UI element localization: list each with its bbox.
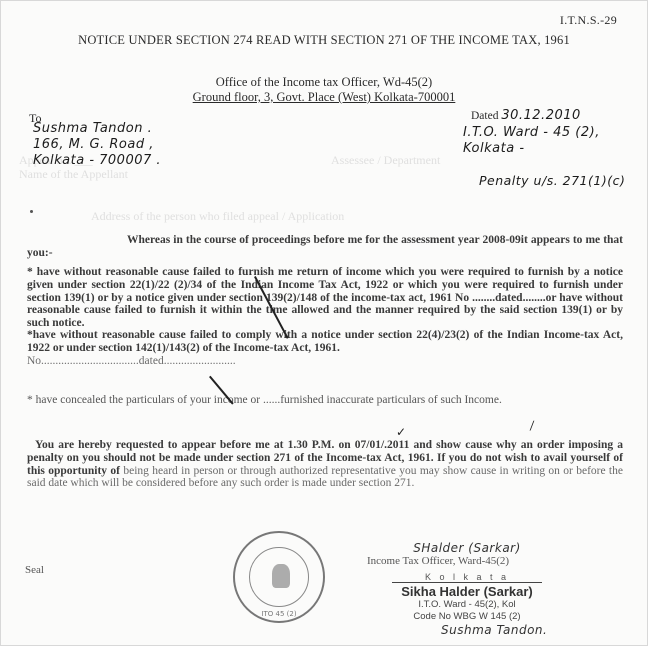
addressee-line1: 166, M. G. Road , [33,137,161,153]
dot-mark [30,210,33,213]
officer-signature-block: SHalder (Sarkar) Income Tax Officer, War… [367,541,567,623]
paragraph-hearing-request: You are hereby requested to appear befor… [27,439,623,490]
paragraph-failure-to-comply: *have without reasonable cause failed to… [27,329,623,367]
addressee-line2: Kolkata - 700007 . [33,153,161,169]
tick-stroke-icon: ⁄ [530,419,534,433]
stamp-inner-ring [249,547,309,607]
issuing-office-line2: Kolkata - [463,141,600,157]
ghost-text: Assessee / Department [331,153,440,168]
addressee-name: Sushma Tandon . [33,121,161,137]
paragraph-concealment: * have concealed the particulars of your… [27,394,623,407]
ghost-text: Name of the Appellant [19,167,128,182]
paragraph-failure-to-furnish: * have without reasonable cause failed t… [27,266,623,330]
whereas-text: Whereas in the course of proceedings bef… [127,234,479,246]
dated-label: Dated [471,110,498,122]
assessment-year: 2008-09 [482,234,520,246]
emblem-icon [272,564,290,588]
dated-value: 30.12.2010 [501,108,580,123]
seal-label: Seal [25,564,44,576]
notice-title: NOTICE UNDER SECTION 274 READ WITH SECTI… [31,33,617,48]
issuing-office: I.T.O. Ward - 45 (2), Kolkata - [463,125,600,157]
officer-city: K o l k a t a [392,572,542,583]
notice-page: Appeal no. ___ Name of the Appellant Ass… [0,0,648,646]
officer-ward: I.T.O. Ward - 45(2), Kol [367,599,567,611]
ghost-text: Address of the person who filed appeal /… [91,209,344,224]
stamp-text: ITO 45 (2) [235,610,323,618]
para2-no-line: No..................................date… [27,355,623,368]
officer-handwritten-signature: SHalder (Sarkar) [367,541,567,555]
issuing-office-line1: I.T.O. Ward - 45 (2), [463,125,600,141]
office-address: Ground floor, 3, Govt. Place (West) Kolk… [1,90,647,105]
officer-name: Sikha Halder (Sarkar) [367,585,567,599]
office-header: Office of the Income tax Officer, Wd-45(… [1,75,647,105]
form-code: I.T.N.S.-29 [560,13,617,28]
dated-field: Dated 30.12.2010 [471,108,581,123]
office-line: Office of the Income tax Officer, Wd-45(… [1,75,647,90]
addressee-block: Sushma Tandon . 166, M. G. Road , Kolkat… [33,121,161,169]
penalty-reference: Penalty u/s. 271(1)(c) [479,173,625,188]
recipient-signature: Sushma Tandon. [441,623,547,637]
check-mark-icon: ✓ [396,425,406,439]
official-stamp: ITO 45 (2) [233,531,325,623]
para2-text: *have without reasonable cause failed to… [27,329,623,355]
officer-code: Code No WBG W 145 (2) [367,611,567,623]
whereas-paragraph: Whereas in the course of proceedings bef… [27,234,623,260]
officer-title: Income Tax Officer, Ward-45(2) [367,555,567,567]
